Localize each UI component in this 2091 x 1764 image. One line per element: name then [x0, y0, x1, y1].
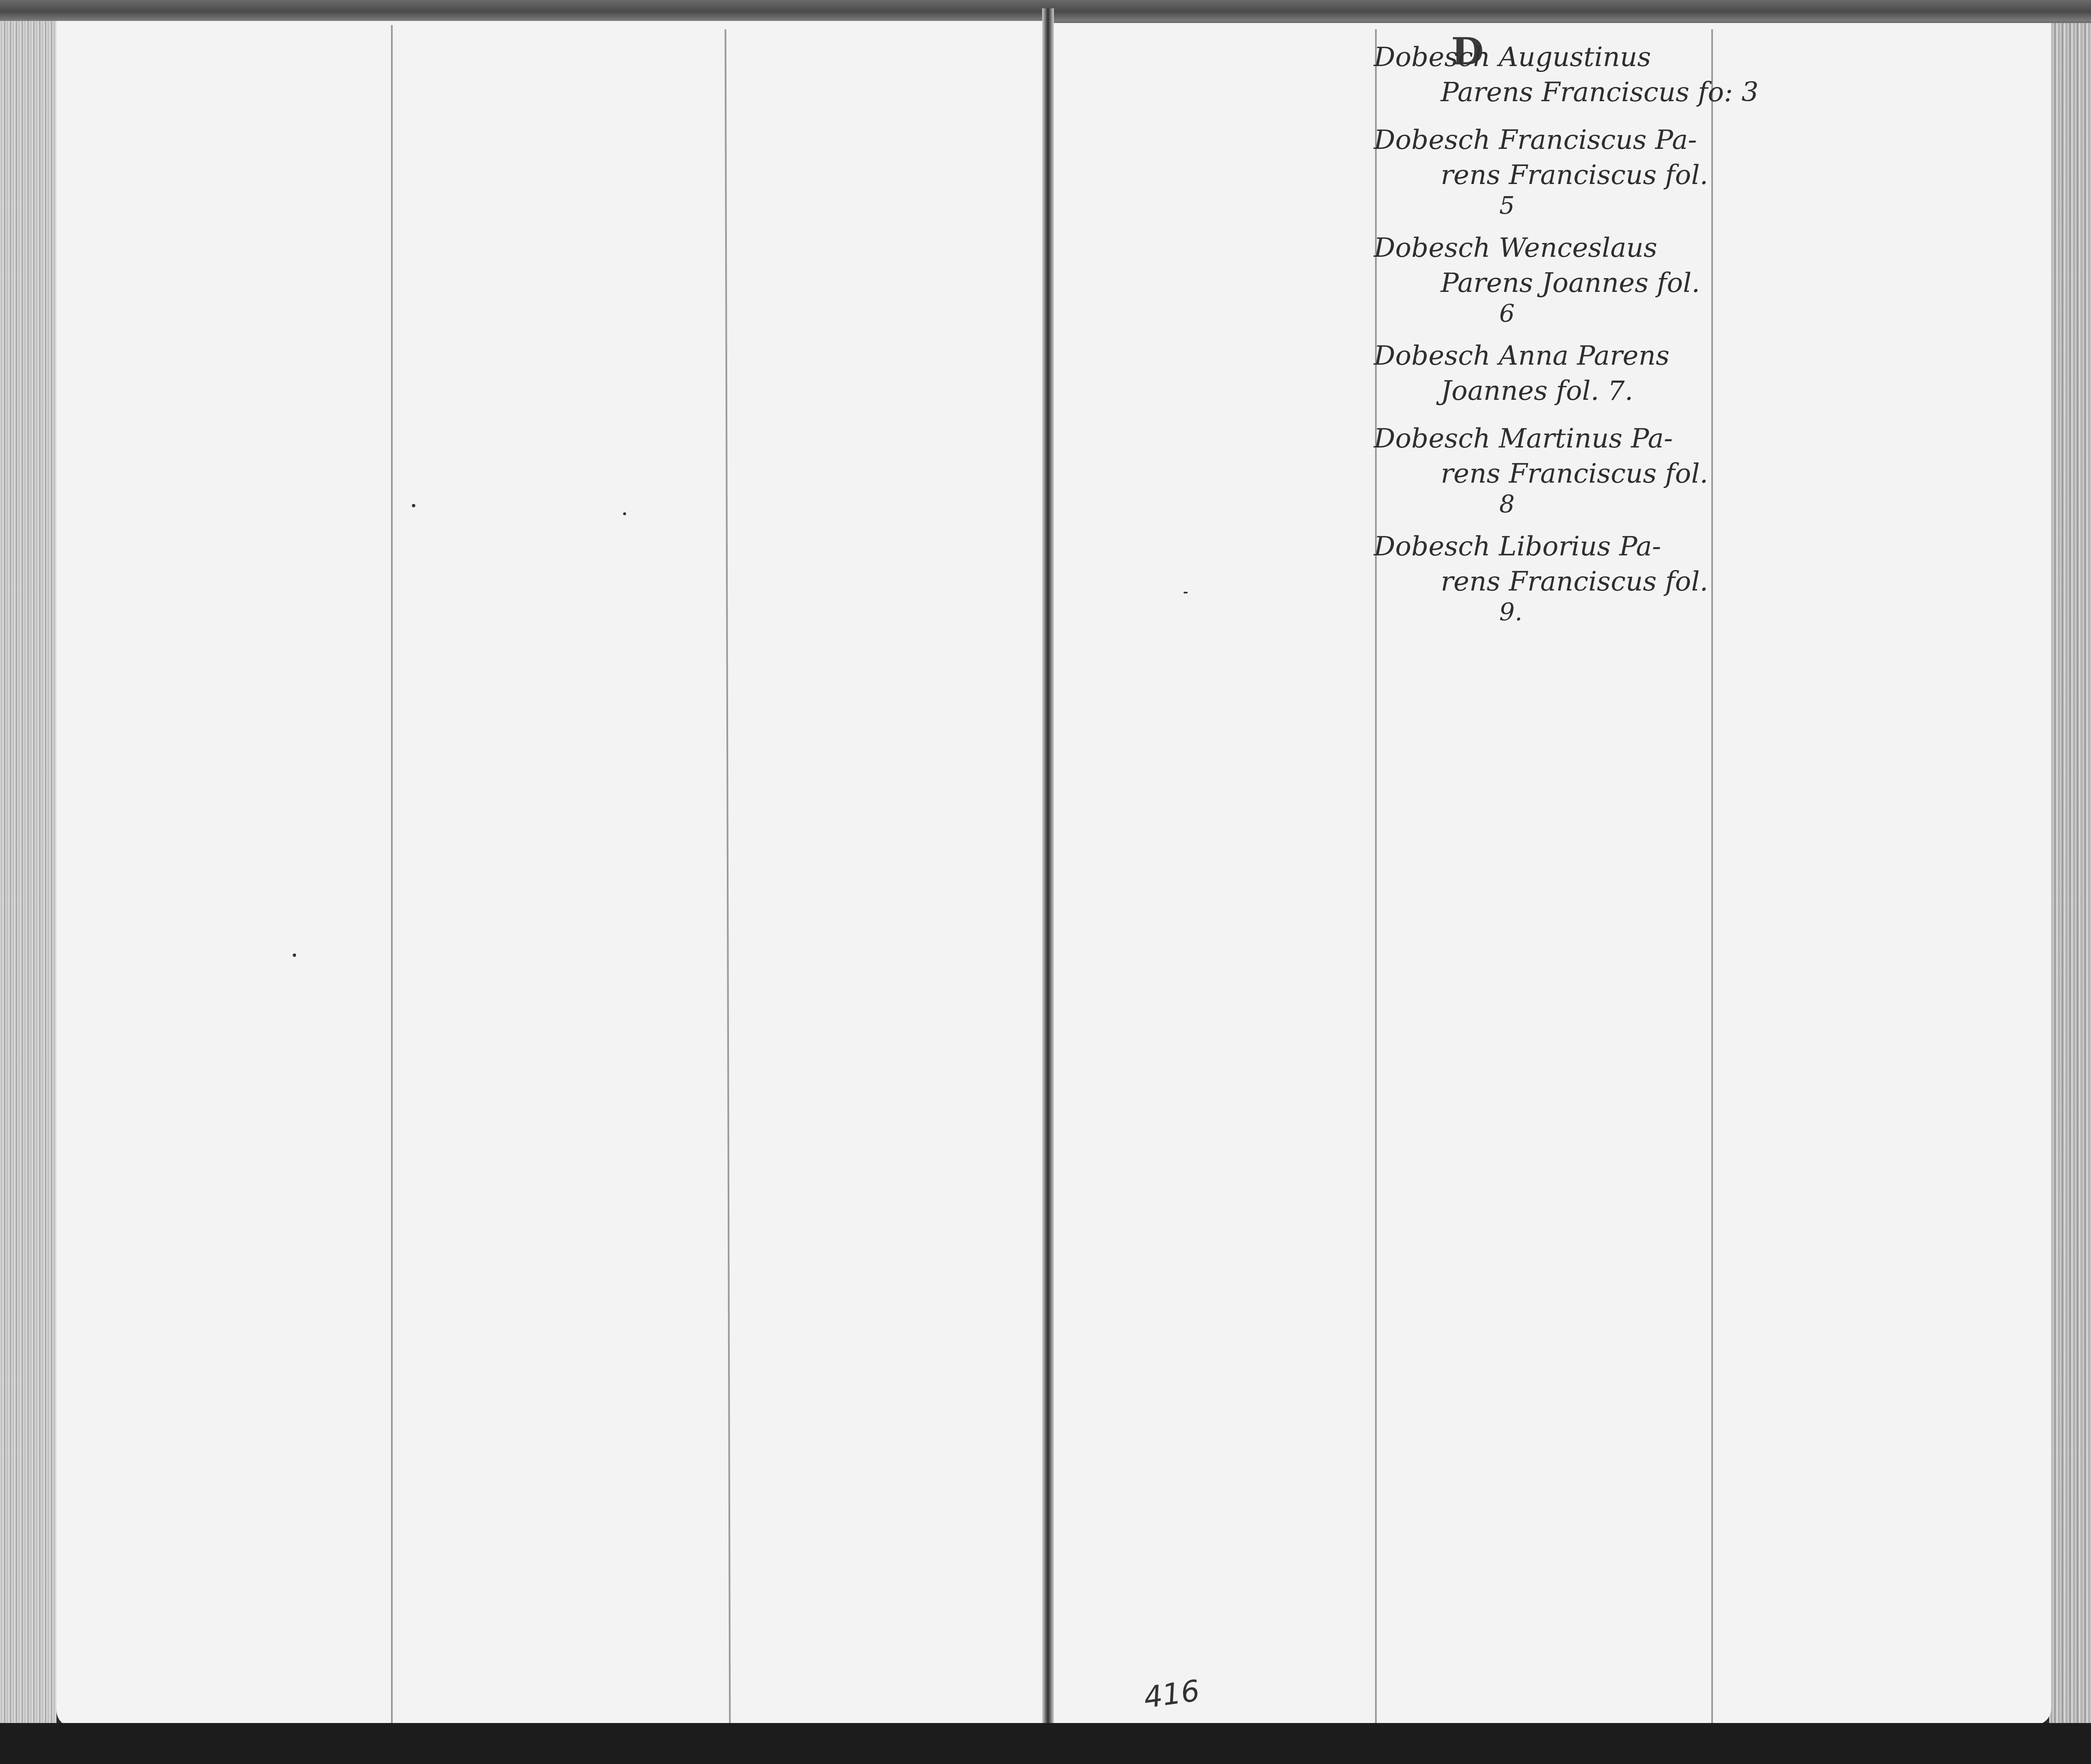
entry-parent-line: rens Franciscus fol. — [1374, 456, 1721, 491]
entry-parent-line: Joannes fol. 7. — [1374, 373, 1721, 409]
column-rule-left-1 — [391, 25, 393, 1723]
index-entry: Dobesch Martinus Pa- rens Franciscus fol… — [1374, 421, 1721, 516]
index-entries: Dobesch Augustinus Parens Franciscus fo:… — [1374, 40, 1721, 637]
index-entry: Dobesch Franciscus Pa- rens Franciscus f… — [1374, 123, 1721, 218]
entry-parent-line: Parens Joannes fol. — [1374, 266, 1721, 301]
entry-folio-number: 5 — [1374, 193, 1721, 218]
paper-speck — [1184, 592, 1188, 593]
index-entry: Dobesch Wenceslaus Parens Joannes fol. 6 — [1374, 230, 1721, 326]
book-binding-bottom — [0, 1723, 2091, 1764]
index-entry: Dobesch Anna Parens Joannes fol. 7. — [1374, 338, 1721, 409]
index-entry: Dobesch Liborius Pa- rens Franciscus fol… — [1374, 529, 1721, 624]
left-page — [56, 21, 1043, 1727]
page-edges-right — [2049, 23, 2091, 1738]
entry-name-line: Dobesch Franciscus Pa- — [1374, 123, 1721, 158]
entry-name-line: Dobesch Wenceslaus — [1374, 230, 1721, 266]
book-gutter — [1042, 8, 1054, 1736]
index-entry: Dobesch Augustinus Parens Franciscus fo:… — [1374, 40, 1721, 110]
entry-folio-number: 6 — [1374, 301, 1721, 326]
entry-name-line: Dobesch Liborius Pa- — [1374, 529, 1721, 564]
entry-name-line: Dobesch Augustinus — [1374, 40, 1721, 75]
entry-name-line: Dobesch Anna Parens — [1374, 338, 1721, 373]
paper-speck — [623, 512, 626, 515]
entry-parent-line: rens Franciscus fol. — [1374, 158, 1721, 193]
entry-name-line: Dobesch Martinus Pa- — [1374, 421, 1721, 456]
entry-folio-number: 8 — [1374, 491, 1721, 516]
paper-speck — [412, 504, 415, 507]
entry-parent-line: Parens Franciscus fo: 3 — [1374, 75, 1721, 110]
paper-speck — [293, 954, 296, 957]
entry-folio-number: 9. — [1374, 599, 1721, 624]
page-edges-left — [0, 21, 56, 1736]
entry-parent-line: rens Franciscus fol. — [1374, 564, 1721, 599]
